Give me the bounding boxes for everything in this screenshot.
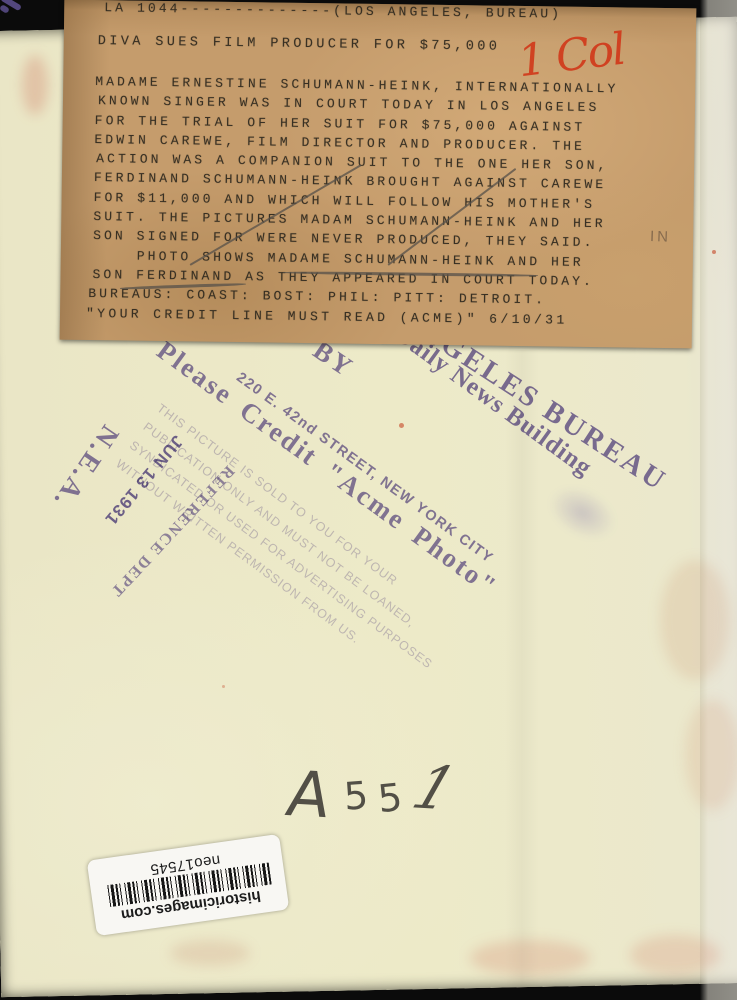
red-fleck: [222, 685, 225, 688]
press-photo-verso-scan: LOS ANGELES BUREAU Daily News Building B…: [0, 0, 737, 1000]
photo-number-char: 5: [342, 773, 369, 819]
caption-headline: DIVA SUES FILM PRODUCER FOR $75,000: [98, 34, 501, 55]
caption-slug-line: LA 1044--------------(LOS ANGELES, BUREA…: [104, 0, 562, 21]
in-stamp-mark: IN: [650, 228, 672, 246]
red-fleck: [399, 423, 404, 428]
stamp-fragment-mark: [0, 4, 10, 14]
caption-body: MADAME ERNESTINE SCHUMANN-HEINK, INTERNA…: [92, 72, 619, 330]
red-fleck: [712, 250, 716, 254]
